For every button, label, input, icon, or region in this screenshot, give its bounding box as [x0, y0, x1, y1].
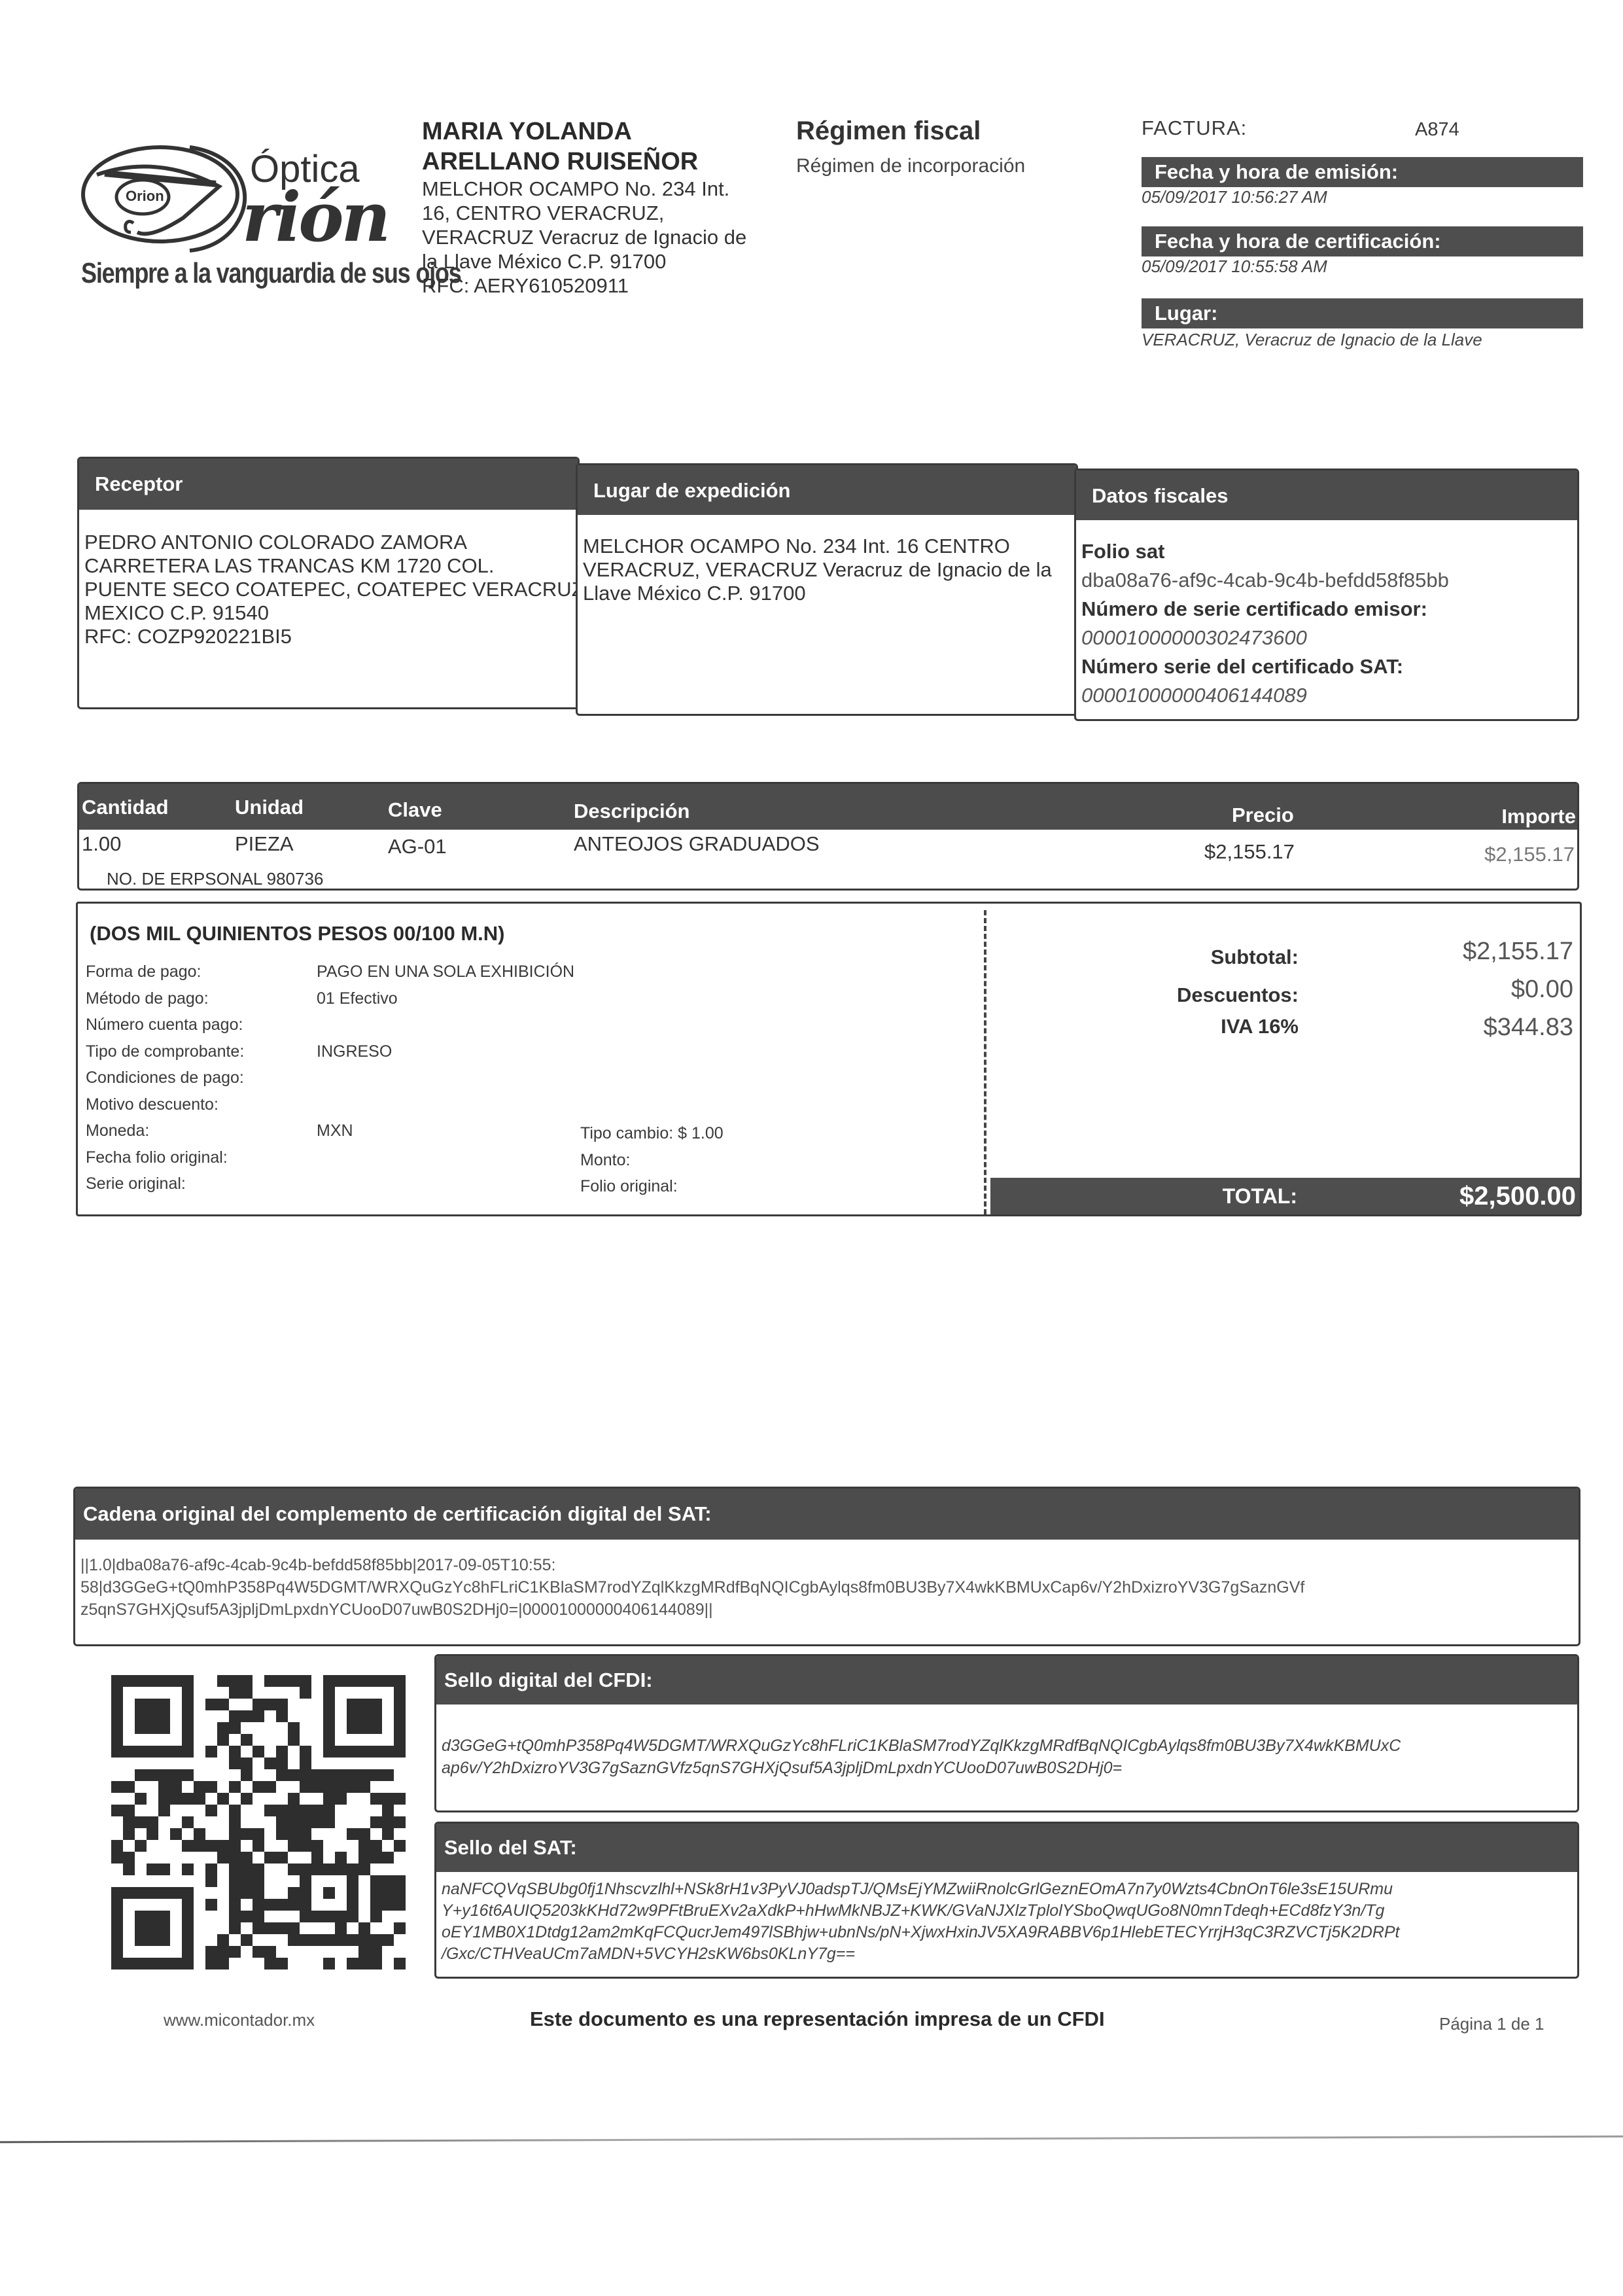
invoice-number: A874: [1415, 119, 1459, 141]
sello-cfdi-line: ap6v/Y2hDxizroYV3G7gSaznGVfz5qnS7GHXjQsu…: [442, 1757, 1571, 1779]
folio-sat-value: dba08a76-af9c-4cab-9c4b-befdd58f85bb: [1081, 566, 1573, 595]
total-row-value: $344.83: [1484, 1014, 1573, 1042]
footer-note: Este documento es una representación imp…: [530, 2007, 1105, 2031]
sello-sat-line: /Gxc/CTHVeaUCm7aMDN+5VCYH2sKW6bs0KLnY7g=…: [442, 1943, 1571, 1965]
scan-fold-line: [0, 2136, 1623, 2144]
receptor-line: CARRETERA LAS TRANCAS KM 1720 COL.: [84, 554, 574, 578]
summary-box: (DOS MIL QUINIENTOS PESOS 00/100 M.N) Fo…: [76, 902, 1582, 1216]
place-value: VERACRUZ, Veracruz de Ignacio de la Llav…: [1142, 330, 1482, 350]
expedition-line: MELCHOR OCAMPO No. 234 Int. 16 CENTRO: [583, 535, 1072, 558]
sello-cfdi-line: d3GGeG+tQ0mhP358Pq4W5DGMT/WRXQuGzYc8hFLr…: [442, 1735, 1571, 1757]
payment-field-label: Moneda:: [86, 1122, 149, 1140]
extra-field: Folio original:: [580, 1177, 678, 1196]
sello-sat-line: naNFCQVqSBUbg0fj1Nhscvzlhl+NSk8rH1v3PyVJ…: [442, 1879, 1571, 1900]
total-row-label: IVA 16%: [1221, 1015, 1299, 1038]
cert-emisor-label: Número de serie certificado emisor:: [1081, 595, 1573, 624]
receptor-line: PEDRO ANTONIO COLORADO ZAMORA: [84, 531, 574, 554]
total-row-label: Descuentos:: [1177, 983, 1299, 1007]
qr-code-icon: [111, 1675, 406, 1969]
logo-brand-script: rión: [242, 177, 388, 257]
fiscal-data-box: Datos fiscales Folio sat dba08a76-af9c-4…: [1074, 468, 1579, 721]
total-value: $2,500.00: [1459, 1182, 1576, 1211]
expedition-title: Lugar de expedición: [578, 465, 1076, 515]
extra-field: Monto:: [580, 1151, 630, 1170]
tax-regime-value: Régimen de incorporación: [796, 155, 1084, 177]
issue-date-label: Fecha y hora de emisión:: [1142, 157, 1583, 187]
logo-tagline: Siempre a la vanguardia de sus ojos: [81, 257, 461, 290]
payment-field-label: Tipo de comprobante:: [86, 1042, 244, 1061]
cell-clave: AG-01: [388, 835, 447, 858]
item-note: NO. DE ERPSONAL 980736: [107, 869, 323, 889]
payment-field-label: Fecha folio original:: [86, 1148, 228, 1167]
cell-descripcion: ANTEOJOS GRADUADOS: [574, 832, 820, 856]
cadena-original-title: Cadena original del complemento de certi…: [75, 1489, 1579, 1540]
sello-sat-line: oEY1MB0X1Dtdg12am2mKqFCQucrJem497lSBhjw+…: [442, 1922, 1571, 1943]
cell-precio: $2,155.17: [1204, 840, 1295, 864]
payment-field-label: Método de pago:: [86, 989, 209, 1008]
column-header: Unidad: [235, 796, 304, 819]
company-logo: Orion Óptica rión Siempre a la vanguardi…: [79, 141, 419, 298]
cadena-original-text: ||1.0|dba08a76-af9c-4cab-9c4b-befdd58f85…: [80, 1554, 1572, 1621]
receptor-rfc: RFC: COZP920221BI5: [84, 625, 574, 648]
certification-date-label: Fecha y hora de certificación:: [1142, 226, 1583, 256]
sello-sat-line: Y+y16t6AUIQ5203kKHd72w9PFtBruEXv2aXdkP+h…: [442, 1900, 1571, 1922]
footer-website-link[interactable]: www.micontador.mx: [164, 2010, 315, 2030]
payment-field-label: Forma de pago:: [86, 963, 201, 981]
page-indicator: Página 1 de 1: [1439, 2014, 1544, 2034]
payment-field-value: PAGO EN UNA SOLA EXHIBICIÓN: [317, 963, 574, 981]
tax-regime: Régimen fiscal Régimen de incorporación: [796, 116, 1084, 177]
cadena-line: ||1.0|dba08a76-af9c-4cab-9c4b-befdd58f85…: [80, 1554, 1572, 1576]
fiscal-data-title: Datos fiscales: [1076, 470, 1577, 520]
sello-sat-text: naNFCQVqSBUbg0fj1Nhscvzlhl+NSk8rH1v3PyVJ…: [442, 1879, 1571, 1965]
total-row-value: $2,155.17: [1463, 938, 1573, 966]
total-row-label: Subtotal:: [1211, 945, 1299, 969]
folio-sat-label: Folio sat: [1081, 537, 1573, 566]
cert-sat-value: 00001000000406144089: [1081, 681, 1573, 710]
issuer-name-line1: MARIA YOLANDA: [422, 116, 775, 147]
payment-field-label: Serie original:: [86, 1174, 186, 1193]
expedition-line: VERACRUZ, VERACRUZ Veracruz de Ignacio d…: [583, 558, 1072, 582]
issue-date-value: 05/09/2017 10:56:27 AM: [1142, 187, 1327, 207]
sello-cfdi-box: Sello digital del CFDI: d3GGeG+tQ0mhP358…: [434, 1654, 1579, 1812]
sello-cfdi-text: d3GGeG+tQ0mhP358Pq4W5DGMT/WRXQuGzYc8hFLr…: [442, 1735, 1571, 1779]
total-bar: TOTAL: $2,500.00: [990, 1178, 1580, 1214]
receptor-title: Receptor: [79, 459, 578, 510]
amount-in-words: (DOS MIL QUINIENTOS PESOS 00/100 M.N): [90, 922, 505, 945]
cert-sat-label: Número serie del certificado SAT:: [1081, 652, 1573, 681]
issuer-rfc: RFC: AERY610520911: [422, 274, 775, 298]
issuer-info: MARIA YOLANDA ARELLANO RUISEÑOR MELCHOR …: [422, 116, 775, 298]
cadena-line: z5qnS7GHXjQsuf5A3jpljDmLpxdnYCUooD07uwB0…: [80, 1598, 1572, 1621]
place-label: Lugar:: [1142, 298, 1583, 328]
total-label: TOTAL:: [1223, 1184, 1297, 1209]
payment-field-label: Condiciones de pago:: [86, 1069, 244, 1087]
issuer-address-line: MELCHOR OCAMPO No. 234 Int.: [422, 177, 775, 201]
cell-importe: $2,155.17: [1484, 843, 1575, 866]
issuer-address-line: VERACRUZ Veracruz de Ignacio de: [422, 225, 775, 249]
issuer-address-line: la Llave México C.P. 91700: [422, 249, 775, 274]
payment-field-value: MXN: [317, 1122, 353, 1140]
cadena-line: 58|d3GGeG+tQ0mhP358Pq4W5DGMT/WRXQuGzYc8h…: [80, 1576, 1572, 1598]
total-row-value: $0.00: [1511, 976, 1573, 1004]
sello-sat-box: Sello del SAT: naNFCQVqSBUbg0fj1Nhscvzlh…: [434, 1822, 1579, 1979]
tax-regime-title: Régimen fiscal: [796, 116, 1084, 146]
cell-unidad: PIEZA: [235, 832, 294, 856]
expedition-box: Lugar de expedición MELCHOR OCAMPO No. 2…: [576, 463, 1078, 716]
receptor-line: PUENTE SECO COATEPEC, COATEPEC VERACRUZ: [84, 578, 574, 601]
issuer-address-line: 16, CENTRO VERACRUZ,: [422, 201, 775, 225]
certification-date-value: 05/09/2017 10:55:58 AM: [1142, 256, 1327, 277]
issuer-name-line2: ARELLANO RUISEÑOR: [422, 147, 775, 177]
expedition-line: Llave México C.P. 91700: [583, 582, 1072, 605]
payment-field-value: 01 Efectivo: [317, 989, 398, 1008]
column-header: Descripción: [574, 800, 689, 823]
eye-logo-icon: [79, 141, 255, 258]
invoice-number-label: FACTURA:: [1142, 116, 1247, 140]
cell-cantidad: 1.00: [82, 832, 121, 856]
column-header: Clave: [388, 798, 442, 822]
receptor-line: MEXICO C.P. 91540: [84, 601, 574, 625]
extra-field: Tipo cambio: $ 1.00: [580, 1124, 724, 1143]
payment-field-label: Motivo descuento:: [86, 1095, 218, 1114]
payment-field-label: Número cuenta pago:: [86, 1016, 243, 1034]
items-table-header: Cantidad Unidad Clave Descripción Precio…: [79, 784, 1577, 830]
payment-field-value: INGRESO: [317, 1042, 392, 1061]
cadena-original-box: Cadena original del complemento de certi…: [73, 1487, 1580, 1646]
column-header: Cantidad: [82, 796, 169, 819]
logo-badge: Orion: [126, 188, 164, 205]
receptor-box: Receptor PEDRO ANTONIO COLORADO ZAMORA C…: [77, 457, 580, 709]
items-table: Cantidad Unidad Clave Descripción Precio…: [77, 782, 1579, 891]
sello-sat-title: Sello del SAT:: [436, 1824, 1577, 1872]
cert-emisor-value: 00001000000302473600: [1081, 624, 1573, 652]
column-header: Importe: [1501, 805, 1576, 828]
column-header: Precio: [1232, 804, 1294, 827]
dashed-divider: [984, 910, 986, 1214]
sello-cfdi-title: Sello digital del CFDI:: [436, 1656, 1577, 1704]
